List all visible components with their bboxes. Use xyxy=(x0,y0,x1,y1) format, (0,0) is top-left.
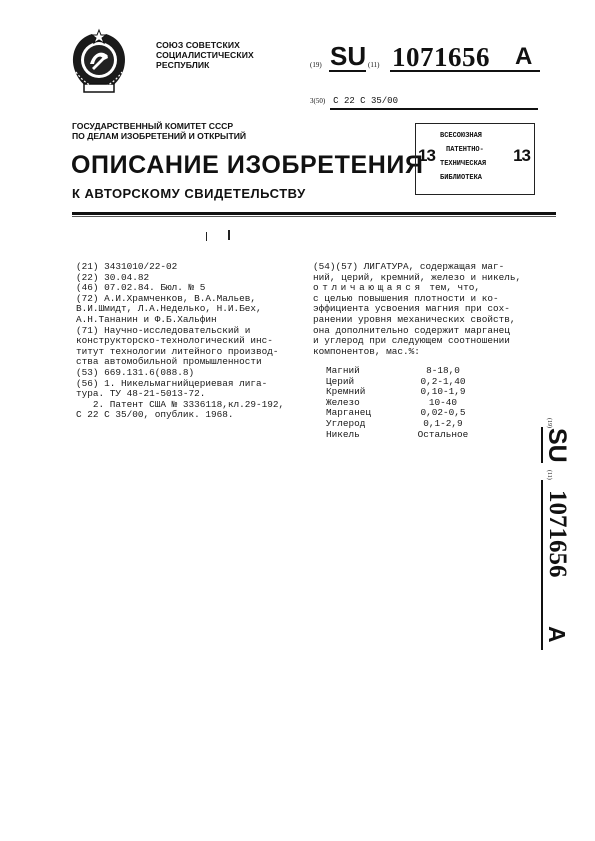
committee-line: ГОСУДАРСТВЕННЫЙ КОМИТЕТ СССР xyxy=(72,121,246,131)
ipc-value: С 22 С 35/00 xyxy=(333,96,398,106)
country-code: SU xyxy=(544,428,570,463)
publication-number: (19) SU (11) 1071656 A xyxy=(310,42,532,72)
component-value: Остальное xyxy=(410,430,476,441)
committee-name: ГОСУДАРСТВЕННЫЙ КОМИТЕТ СССР ПО ДЕЛАМ ИЗ… xyxy=(72,121,246,141)
country-code-label: (19) xyxy=(310,61,322,69)
composition-row: НикельОстальное xyxy=(326,430,476,441)
patent-number: 1071656 xyxy=(392,43,490,71)
country-code: SU xyxy=(330,42,366,70)
scan-mark xyxy=(228,230,230,240)
union-line: СОЦИАЛИСТИЧЕСКИХ xyxy=(156,50,254,60)
abstract-line: (54)(57) ЛИГАТУРА, содержащая маг- xyxy=(313,262,545,273)
ussr-state-emblem-icon xyxy=(66,28,132,98)
biblio-line: (21) 3431010/22-02 xyxy=(76,262,296,273)
stamp-number-left: 13 xyxy=(418,146,435,166)
kind-code: A xyxy=(515,43,532,71)
library-stamp: 13 ВСЕСОЮЗНАЯ ПАТЕНТНО- ТЕХНИЧЕСКАЯ БИБЛ… xyxy=(415,123,535,195)
number-code-label: (11) xyxy=(368,61,379,69)
ipc-classification: 3(50)С 22 С 35/00 xyxy=(310,96,532,106)
underline xyxy=(390,70,540,72)
bibliographic-data: (21) 3431010/22-02 (22) 30.04.82 (46) 07… xyxy=(76,262,296,421)
component-value: 8-18,0 xyxy=(410,366,476,377)
divider xyxy=(330,108,538,110)
scan-mark xyxy=(206,232,207,241)
document-title: ОПИСАНИЕ ИЗОБРЕТЕНИЯ xyxy=(71,150,424,180)
underline xyxy=(541,480,543,650)
document-subtitle: К АВТОРСКОМУ СВИДЕТЕЛЬСТВУ xyxy=(72,186,306,202)
union-line: СОЮЗ СОВЕТСКИХ xyxy=(156,40,254,50)
divider xyxy=(72,212,556,215)
component-value: 0,1-2,9 xyxy=(410,419,476,430)
abstract-line: компонентов, мас.%: xyxy=(313,347,545,358)
committee-line: ПО ДЕЛАМ ИЗОБРЕТЕНИЙ И ОТКРЫТИЙ xyxy=(72,131,246,141)
biblio-line: А.Н.Тананин и Ф.Б.Хальфин xyxy=(76,315,296,326)
component-name: Углерод xyxy=(326,419,410,430)
union-line: РЕСПУБЛИК xyxy=(156,60,254,70)
stamp-line: ТЕХНИЧЕСКАЯ xyxy=(440,157,512,171)
stamp-text: ВСЕСОЮЗНАЯ ПАТЕНТНО- ТЕХНИЧЕСКАЯ БИБЛИОТ… xyxy=(440,129,512,185)
biblio-line: (53) 669.131.6(088.8) xyxy=(76,368,296,379)
stamp-line: ПАТЕНТНО- xyxy=(440,143,512,157)
stamp-number-right: 13 xyxy=(513,146,530,166)
patent-number: 1071656 xyxy=(544,490,570,578)
component-name: Никель xyxy=(326,430,410,441)
abstract-line: ранении уровня механических свойств, xyxy=(313,315,545,326)
kind-code: A xyxy=(544,626,570,643)
abstract: (54)(57) ЛИГАТУРА, содержащая маг- ний, … xyxy=(313,262,545,357)
country-code-label: (19) xyxy=(546,418,552,428)
ipc-code-label: 3(50) xyxy=(310,97,325,105)
biblio-line: С 22 С 35/00, опублик. 1968. xyxy=(76,410,296,421)
number-code-label: (11) xyxy=(546,470,552,480)
distinguishing-phrase: отличающаяся xyxy=(313,282,424,293)
stamp-line: БИБЛИОТЕКА xyxy=(440,171,512,185)
divider xyxy=(72,216,556,217)
abstract-text: тем, что, xyxy=(424,282,480,293)
composition-table: Магний8-18,0Церий0,2-1,40Кремний0,10-1,9… xyxy=(326,366,476,440)
underline xyxy=(329,70,366,72)
union-name: СОЮЗ СОВЕТСКИХ СОЦИАЛИСТИЧЕСКИХ РЕСПУБЛИ… xyxy=(156,40,254,70)
underline xyxy=(541,427,543,463)
stamp-line: ВСЕСОЮЗНАЯ xyxy=(440,129,512,143)
composition-row: Углерод0,1-2,9 xyxy=(326,419,476,430)
composition-row: Магний8-18,0 xyxy=(326,366,476,377)
component-name: Магний xyxy=(326,366,410,377)
side-publication-number: (19) SU (11) 1071656 A xyxy=(540,418,570,658)
